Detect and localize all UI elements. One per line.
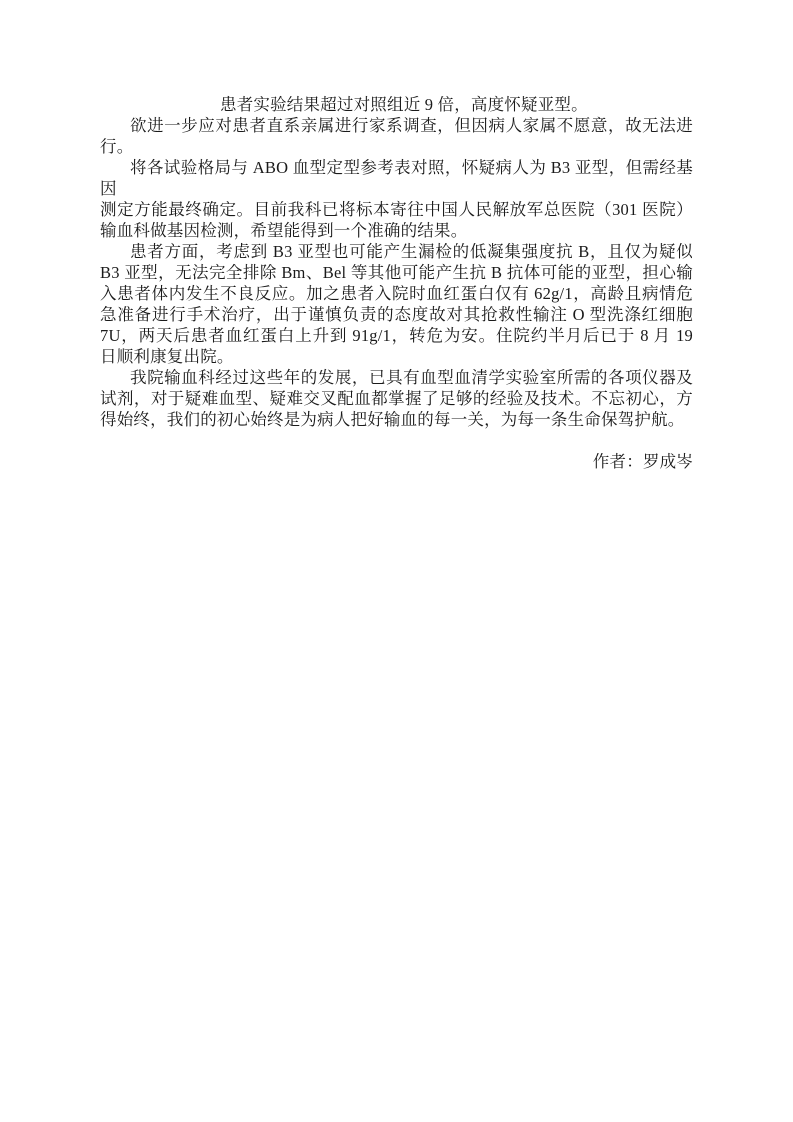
text-line: 7U，两天后患者血红蛋白上升到 91g/1，转危为安。住院约半月后已于 8 月 …: [100, 325, 693, 346]
document-page: 患者实验结果超过对照组近 9 倍，高度怀疑亚型。欲进一步应对患者直系亲属进行家系…: [0, 0, 793, 1122]
text-line: 患者方面，考虑到 B3 亚型也可能产生漏检的低凝集强度抗 B，且仅为疑似: [100, 241, 693, 262]
text-line: 得始终，我们的初心始终是为病人把好输血的每一关，为每一条生命保驾护航。: [100, 409, 693, 430]
text-line: 入患者体内发生不良反应。加之患者入院时血红蛋白仅有 62g/1，高龄且病情危: [100, 283, 693, 304]
document-body: 患者实验结果超过对照组近 9 倍，高度怀疑亚型。欲进一步应对患者直系亲属进行家系…: [100, 94, 693, 430]
text-line: 行。: [100, 136, 693, 157]
text-line: 输血科做基因检测，希望能得到一个准确的结果。: [100, 220, 693, 241]
text-line: B3 亚型，无法完全排除 Bm、Bel 等其他可能产生抗 B 抗体可能的亚型，担…: [100, 262, 693, 283]
text-line: 急准备进行手术治疗，出于谨慎负责的态度故对其抢救性输注 O 型洗涤红细胞: [100, 304, 693, 325]
text-line: 欲进一步应对患者直系亲属进行家系调查，但因病人家属不愿意，故无法进: [100, 115, 693, 136]
text-line: 日顺利康复出院。: [100, 346, 693, 367]
text-line: 将各试验格局与 ABO 血型定型参考表对照，怀疑病人为 B3 亚型，但需经基因: [100, 157, 693, 199]
text-line: 试剂，对于疑难血型、疑难交叉配血都掌握了足够的经验及技术。不忘初心，方: [100, 388, 693, 409]
author-signature: 作者：罗成岑: [100, 451, 693, 472]
text-line: 患者实验结果超过对照组近 9 倍，高度怀疑亚型。: [100, 94, 693, 115]
text-line: 我院输血科经过这些年的发展，已具有血型血清学实验室所需的各项仪器及: [100, 367, 693, 388]
text-line: 测定方能最终确定。目前我科已将标本寄往中国人民解放军总医院（301 医院）: [100, 199, 693, 220]
